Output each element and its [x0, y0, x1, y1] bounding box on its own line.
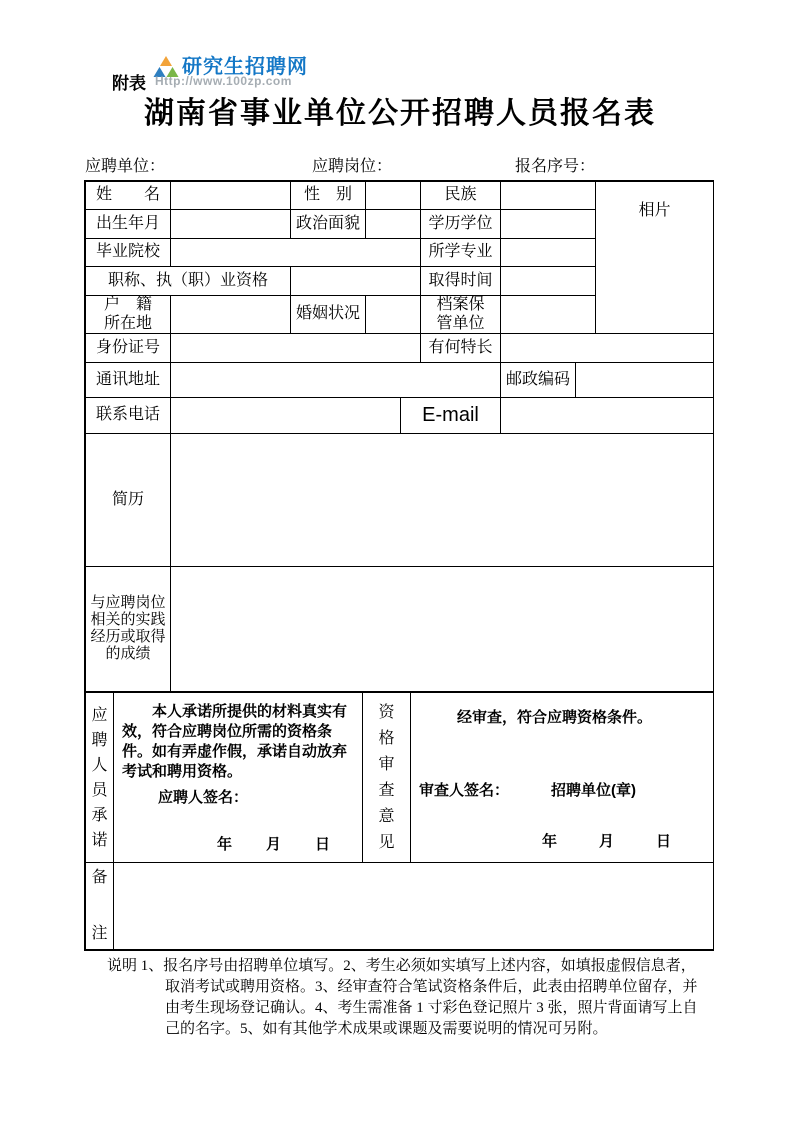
review-conclusion: 经审查，符合应聘资格条件。	[457, 706, 713, 727]
value-gender[interactable]	[366, 182, 421, 210]
serial-label: 报名序号：	[515, 153, 595, 176]
value-education-degree[interactable]	[501, 210, 596, 239]
employer-label: 应聘单位：	[85, 153, 165, 176]
commitment-text: 本人承诺所提供的材料真实有效，符合应聘岗位所需的资格条件。如有弄虚作假，承诺自动…	[122, 702, 354, 782]
value-email[interactable]	[501, 398, 714, 434]
note-line: 由考生现场登记确认。4、考生需准备 1 寸彩色登记照片 3 张，照片背面请写上自	[107, 998, 698, 1019]
form-grid-bottom: 应 聘 人 员 承 诺 本人承诺所提供的材料真实有效，符合应聘岗位所需的资格条件…	[85, 692, 714, 950]
value-professional-qualification[interactable]	[291, 267, 421, 296]
commitment-date-line: 年 月 日	[114, 833, 330, 854]
review-date-month: 月	[599, 830, 614, 851]
value-id-number[interactable]	[171, 334, 421, 363]
label-name: 姓 名	[86, 182, 171, 210]
label-graduate-school: 毕业院校	[86, 239, 171, 267]
review-section-title: 资 格 审 查 意 见	[363, 693, 411, 863]
label-specialty: 有何特长	[421, 334, 501, 363]
label-practice-experience: 与应聘岗位 相关的实践 经历或取得 的成绩	[86, 567, 171, 692]
value-birth-date[interactable]	[171, 210, 291, 239]
review-cell: 经审查，符合应聘资格条件。 审查人签名： 招聘单位(章) 年 月 日	[411, 693, 714, 863]
label-gender: 性 别	[291, 182, 366, 210]
remarks-label: 备 注	[86, 863, 114, 950]
site-url: Http://www.100zp.com	[155, 74, 292, 88]
label-marital-status: 婚姻状况	[291, 296, 366, 334]
note-line: 己的名字。5、如有其他学术成果或课题及需要说明的情况可另附。	[107, 1019, 698, 1040]
label-email: E-mail	[401, 398, 501, 434]
commitment-date-day: 日	[315, 833, 330, 854]
review-date-year: 年	[542, 830, 557, 851]
label-id-number: 身份证号	[86, 334, 171, 363]
label-education-degree: 学历学位	[421, 210, 501, 239]
label-ethnicity: 民族	[421, 182, 501, 210]
reviewer-signature-label: 审查人签名：	[419, 779, 509, 800]
application-form-table: 姓 名 性 别 民族 相片 出生年月 政治面貌 学历学位 毕业院校 所学专业	[84, 180, 714, 951]
value-specialty[interactable]	[501, 334, 714, 363]
value-major[interactable]	[501, 239, 596, 267]
value-name[interactable]	[171, 182, 291, 210]
review-signature-line: 审查人签名： 招聘单位(章)	[419, 779, 713, 800]
applicant-signature-label: 应聘人签名：	[158, 786, 362, 807]
instruction-notes: 说明 1、报名序号由招聘单位填写。2、考生必须如实填写上述内容，如填报虚假信息者…	[107, 956, 698, 1040]
commitment-cell: 本人承诺所提供的材料真实有效，符合应聘岗位所需的资格条件。如有弄虚作假，承诺自动…	[114, 693, 363, 863]
review-date-day: 日	[656, 830, 671, 851]
note-line: 说明 1、报名序号由招聘单位填写。2、考生必须如实填写上述内容，如填报虚假信息者…	[107, 956, 698, 977]
value-household-registration[interactable]	[171, 296, 291, 334]
label-mailing-address: 通讯地址	[86, 363, 171, 398]
recruiting-unit-seal-label: 招聘单位(章)	[551, 779, 636, 800]
value-resume[interactable]	[171, 434, 714, 567]
label-postal-code: 邮政编码	[501, 363, 576, 398]
remarks-value[interactable]	[114, 863, 714, 950]
commitment-section-title: 应 聘 人 员 承 诺	[86, 693, 114, 863]
value-phone[interactable]	[171, 398, 401, 434]
value-archive-unit[interactable]	[501, 296, 596, 334]
value-postal-code[interactable]	[576, 363, 714, 398]
label-household-registration: 户 籍 所在地	[86, 296, 171, 334]
value-practice-experience[interactable]	[171, 567, 714, 692]
value-graduate-school[interactable]	[171, 239, 421, 267]
value-mailing-address[interactable]	[171, 363, 501, 398]
document-page: 附表 研究生招聘网 Http://www.100zp.com 湖南省事业单位公开…	[0, 0, 800, 1132]
label-political-status: 政治面貌	[291, 210, 366, 239]
position-label: 应聘岗位：	[312, 153, 392, 176]
commitment-date-year: 年	[217, 833, 232, 854]
form-title: 湖南省事业单位公开招聘人员报名表	[0, 88, 800, 132]
label-phone: 联系电话	[86, 398, 171, 434]
commitment-date-month: 月	[266, 833, 281, 854]
label-major: 所学专业	[421, 239, 501, 267]
label-obtain-time: 取得时间	[421, 267, 501, 296]
label-resume: 简历	[86, 434, 171, 567]
photo-cell: 相片	[596, 182, 714, 334]
label-archive-unit: 档案保 管单位	[421, 296, 501, 334]
note-line: 取消考试或聘用资格。3、经审查符合笔试资格条件后，此表由招聘单位留存，并	[107, 977, 698, 998]
form-grid-top: 姓 名 性 别 民族 相片 出生年月 政治面貌 学历学位 毕业院校 所学专业	[85, 181, 714, 692]
value-ethnicity[interactable]	[501, 182, 596, 210]
review-date-line: 年 月 日	[411, 830, 671, 851]
value-political-status[interactable]	[366, 210, 421, 239]
label-professional-qualification: 职称、执（职）业资格	[86, 267, 291, 296]
value-marital-status[interactable]	[366, 296, 421, 334]
value-obtain-time[interactable]	[501, 267, 596, 296]
label-birth-date: 出生年月	[86, 210, 171, 239]
